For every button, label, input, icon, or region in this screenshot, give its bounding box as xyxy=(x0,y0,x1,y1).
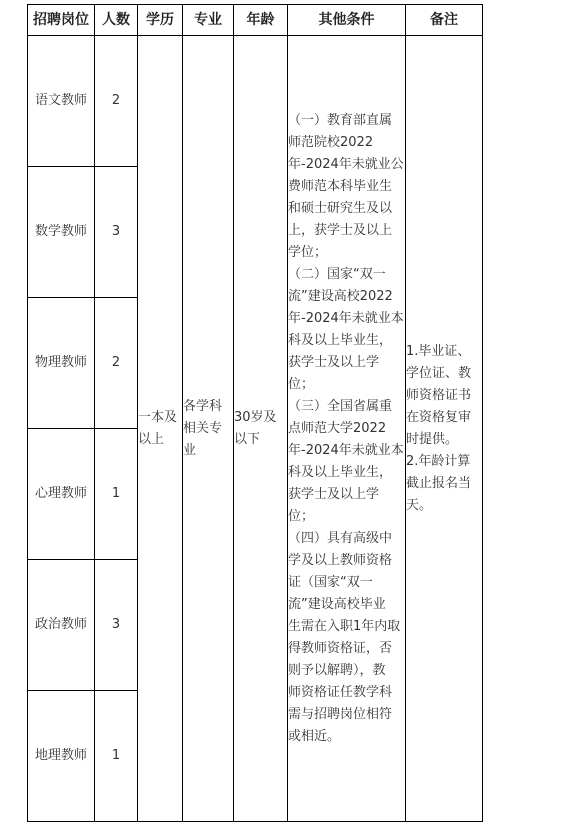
count-cell: 3 xyxy=(95,167,138,298)
count-cell: 2 xyxy=(95,36,138,167)
conditions-cell: （一）教育部直属 师范院校2022 年-2024年未就业公 费师范本科毕业生 和… xyxy=(288,36,406,822)
condition-line: 流”建设高校毕业 xyxy=(288,594,405,616)
condition-line: （二）国家“双一 xyxy=(288,264,405,286)
condition-line: 科及以上毕业生， xyxy=(288,462,405,484)
condition-line: 师资格证任教学科 xyxy=(288,682,405,704)
note-line: 师资格证书 xyxy=(406,385,482,407)
condition-line: （一）教育部直属 xyxy=(288,110,405,132)
header-conditions: 其他条件 xyxy=(288,5,406,36)
note-line: 天。 xyxy=(406,495,482,517)
condition-line: 费师范本科毕业生 xyxy=(288,176,405,198)
header-major: 专业 xyxy=(183,5,234,36)
position-cell: 物理教师 xyxy=(28,298,95,429)
condition-line: （四）具有高级中 xyxy=(288,528,405,550)
education-line: 一本及 xyxy=(138,407,182,429)
condition-line: （三）全国省属重 xyxy=(288,396,405,418)
major-line: 各学科 xyxy=(183,396,233,418)
table-row: 语文教师 2 一本及 以上 各学科 相关专 业 30岁及 以下 （一）教育部直属… xyxy=(28,36,483,167)
note-line: 学位证、教 xyxy=(406,363,482,385)
condition-line: 生需在入职1年内取 xyxy=(288,616,405,638)
condition-line: 位； xyxy=(288,374,405,396)
count-cell: 2 xyxy=(95,298,138,429)
note-line: 2.年龄计算 xyxy=(406,451,482,473)
condition-line: 年-2024年未就业本 xyxy=(288,308,405,330)
condition-line: 年-2024年未就业公 xyxy=(288,154,405,176)
age-line: 以下 xyxy=(234,429,287,451)
age-line: 30岁及 xyxy=(234,407,287,429)
condition-line: 或相近。 xyxy=(288,726,405,748)
condition-line: 则予以解聘），教 xyxy=(288,660,405,682)
count-cell: 3 xyxy=(95,560,138,691)
condition-line: 位； xyxy=(288,506,405,528)
header-count: 人数 xyxy=(95,5,138,36)
major-line: 相关专 xyxy=(183,418,233,440)
header-row: 招聘岗位 人数 学历 专业 年龄 其他条件 备注 xyxy=(28,5,483,36)
note-line: 1.毕业证、 xyxy=(406,341,482,363)
major-cell: 各学科 相关专 业 xyxy=(183,36,234,822)
count-cell: 1 xyxy=(95,429,138,560)
recruitment-table: 招聘岗位 人数 学历 专业 年龄 其他条件 备注 语文教师 2 一本及 以上 各… xyxy=(27,4,483,822)
condition-line: 学位； xyxy=(288,242,405,264)
note-line: 在资格复审 xyxy=(406,407,482,429)
age-cell: 30岁及 以下 xyxy=(234,36,288,822)
header-position: 招聘岗位 xyxy=(28,5,95,36)
condition-line: 需与招聘岗位相符 xyxy=(288,704,405,726)
position-cell: 政治教师 xyxy=(28,560,95,691)
position-cell: 地理教师 xyxy=(28,691,95,822)
note-line: 时提供。 xyxy=(406,429,482,451)
condition-line: 年-2024年未就业本 xyxy=(288,440,405,462)
condition-line: 得教师资格证，否 xyxy=(288,638,405,660)
note-line: 截止报名当 xyxy=(406,473,482,495)
condition-line: 获学士及以上学 xyxy=(288,484,405,506)
condition-line: 科及以上毕业生， xyxy=(288,330,405,352)
position-cell: 语文教师 xyxy=(28,36,95,167)
condition-line: 流”建设高校2022 xyxy=(288,286,405,308)
education-line: 以上 xyxy=(138,429,182,451)
education-cell: 一本及 以上 xyxy=(138,36,183,822)
count-cell: 1 xyxy=(95,691,138,822)
condition-line: 点师范大学2022 xyxy=(288,418,405,440)
condition-line: 证（国家“双一 xyxy=(288,572,405,594)
major-line: 业 xyxy=(183,440,233,462)
condition-line: 上，获学士及以上 xyxy=(288,220,405,242)
condition-line: 师范院校2022 xyxy=(288,132,405,154)
condition-line: 学及以上教师资格 xyxy=(288,550,405,572)
header-education: 学历 xyxy=(138,5,183,36)
condition-line: 和硕士研究生及以 xyxy=(288,198,405,220)
position-cell: 心理教师 xyxy=(28,429,95,560)
header-notes: 备注 xyxy=(406,5,483,36)
header-age: 年龄 xyxy=(234,5,288,36)
condition-line: 获学士及以上学 xyxy=(288,352,405,374)
notes-cell: 1.毕业证、 学位证、教 师资格证书 在资格复审 时提供。 2.年龄计算 截止报… xyxy=(406,36,483,822)
position-cell: 数学教师 xyxy=(28,167,95,298)
